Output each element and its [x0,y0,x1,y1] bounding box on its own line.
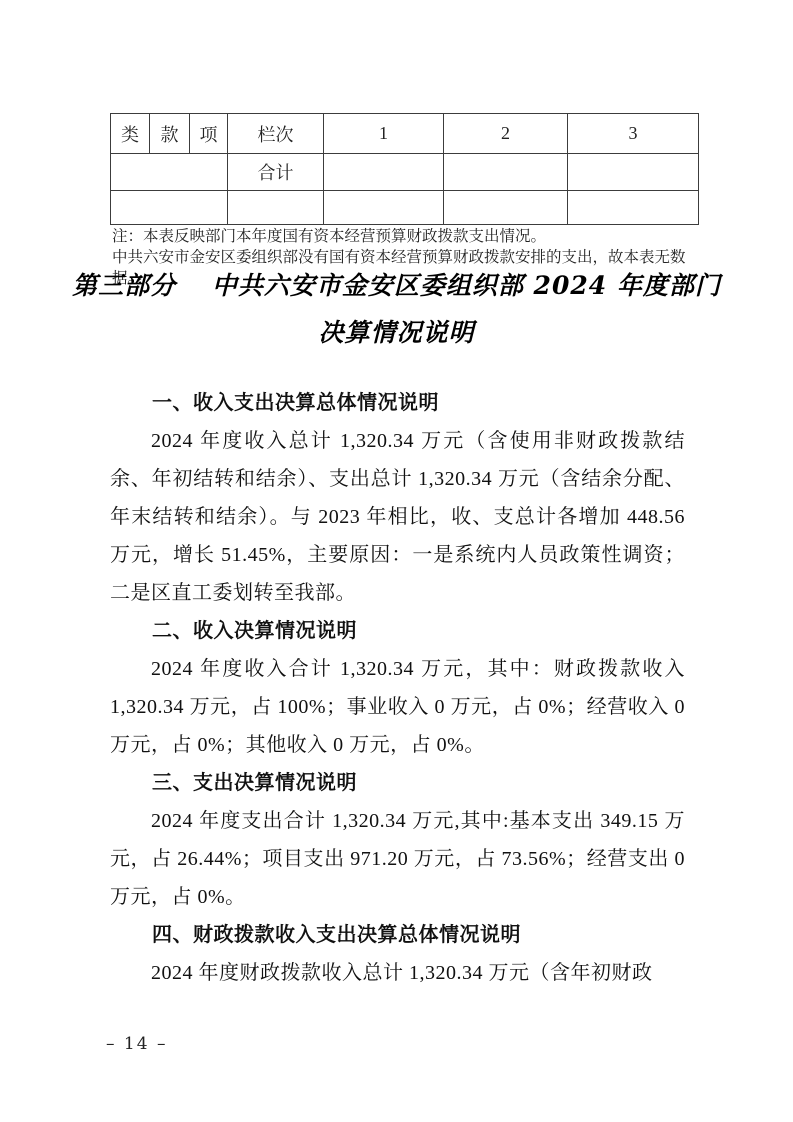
section-heading-expenditure-statement: 三、支出决算情况说明 [110,764,685,802]
section-paragraph-expenditure-statement: 2024 年度支出合计 1,320.34 万元,其中:基本支出 349.15 万… [110,802,685,916]
page-number: – 14 – [106,1033,167,1055]
header-cell-2: 2 [444,114,568,154]
section-heading-income-statement: 二、收入决算情况说明 [110,612,685,650]
header-cell-item: 款 [150,114,190,154]
section-paragraph-income-expenditure-overview: 2024 年度收入总计 1,320.34 万元（含使用非财政拨款结余、年初结转和… [110,422,685,612]
row-label-cell: 合计 [228,154,324,191]
section-heading-fiscal-appropriation-overview: 四、财政拨款收入支出决算总体情况说明 [110,916,685,954]
value-cell [324,154,444,191]
header-cell-1: 1 [324,114,444,154]
document-page: 类 款 项 栏次 1 2 3 合计 [0,0,793,1122]
header-cell-subitem: 项 [190,114,228,154]
row-code-cell [111,191,228,225]
value-cell [444,191,568,225]
table-note-line1: 注：本表反映部门本年度国有资本经营预算财政拨款支出情况。 [112,226,712,247]
header-cell-3: 3 [568,114,699,154]
table-row-total: 合计 [111,154,699,191]
row-code-cell [111,154,228,191]
statement-body: 一、收入支出决算总体情况说明 2024 年度收入总计 1,320.34 万元（含… [110,384,685,992]
section-paragraph-fiscal-appropriation-overview: 2024 年度财政拨款收入总计 1,320.34 万元（含年初财政 [110,954,685,992]
section-paragraph-income-statement: 2024 年度收入合计 1,320.34 万元，其中：财政拨款收入 1,320.… [110,650,685,764]
part-title-line2: 决算情况说明 [0,309,793,356]
row-label-cell [228,191,324,225]
value-cell [568,154,699,191]
table-row-empty [111,191,699,225]
part-title-line1: 第三部分 中共六安市金安区委组织部 2024 年度部门 [0,262,793,309]
table-header-row: 类 款 项 栏次 1 2 3 [111,114,699,154]
part-three-title: 第三部分 中共六安市金安区委组织部 2024 年度部门 决算情况说明 [0,262,793,356]
section-heading-income-expenditure-overview: 一、收入支出决算总体情况说明 [110,384,685,422]
value-cell [568,191,699,225]
header-cell-class: 类 [111,114,150,154]
value-cell [444,154,568,191]
header-cell-column: 栏次 [228,114,324,154]
value-cell [324,191,444,225]
state-capital-budget-expenditure-table: 类 款 项 栏次 1 2 3 合计 [110,113,699,225]
